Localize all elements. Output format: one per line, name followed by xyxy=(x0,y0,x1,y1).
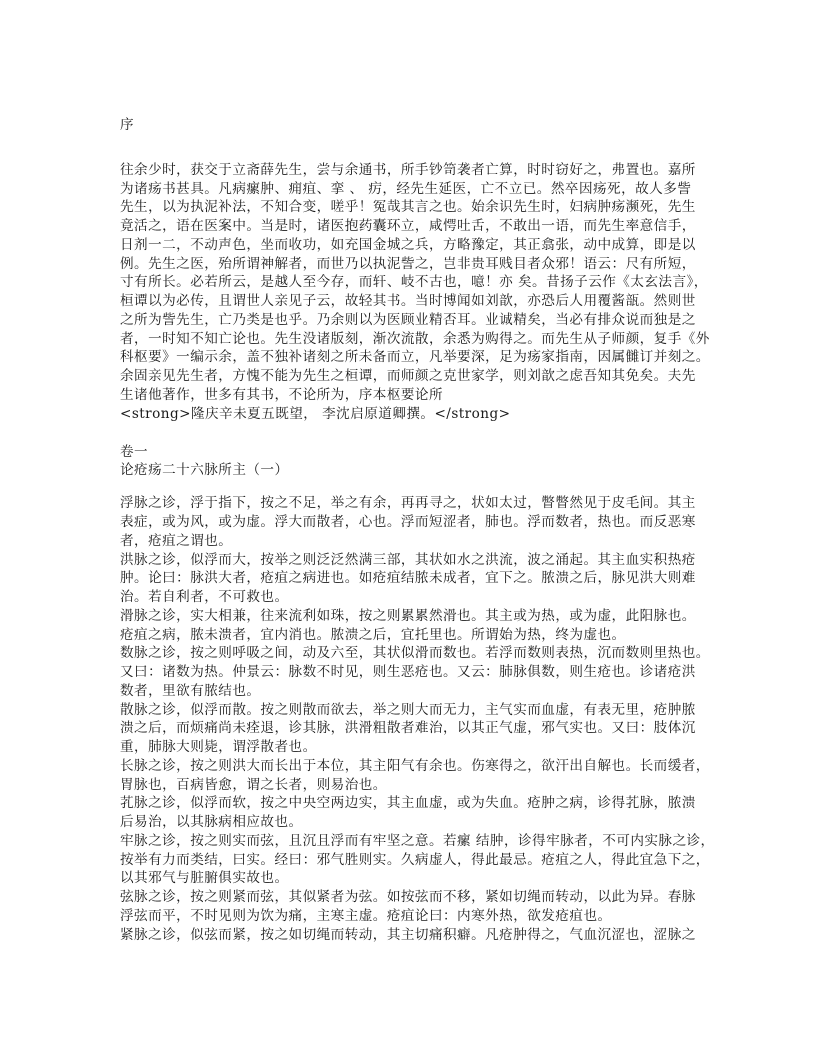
preface-line: 者，一时知不知亡论也。先生没诸版刻，渐次流散，余悉为购得之。而先生从子师颜，复手… xyxy=(120,330,710,348)
preface-line: 例。先生之医，殆所谓神解者，而世乃以执泥訾之，岂非贵耳贱目者众邪！语云：尺有所短… xyxy=(120,255,696,273)
body-line: 数脉之诊，按之则呼吸之间，动及六至，其状似滑而数也。若浮而数则表热，沉而数则里热… xyxy=(120,644,710,662)
body-line: 数者，里欲有脓结也。 xyxy=(120,682,260,700)
body-line: 后易治，以其脉病相应故也。 xyxy=(120,813,303,831)
body-line: 牢脉之诊，按之则实而弦，且沉且浮而有牢坚之意。若瘰 结肿，诊得牢脉者，不可内实脉… xyxy=(120,832,715,850)
preface-title: 序 xyxy=(120,116,134,134)
preface-line: 日剂一二，不动声色，坐而收功，如充国金城之兵，方略豫定，其正翕张，动中成算，即是… xyxy=(120,236,696,254)
preface-line: 科枢要》一编示余，盖不独补诸刻之所未备而立，凡举要深，足为疡家指南，因属雠订并刻… xyxy=(120,348,710,366)
body-line: 溃之后，而烦痛尚未痊退，诊其脉，洪滑粗散者难治，以其正气虚，邪气实也。又曰：肢体… xyxy=(120,719,696,737)
preface-line: 桓谭以为必传，且谓世人亲见子云，故轻其书。当时博闻如刘歆，亦恐后人用覆酱瓿。然则… xyxy=(120,292,696,310)
body-line: 重，肺脉大则毙，谓浮散者也。 xyxy=(120,738,317,756)
volume-title: 卷一 xyxy=(120,443,148,461)
section-title: 论疮疡二十六脉所主（一） xyxy=(120,461,289,479)
body-line: 芤脉之诊，似浮而软，按之中央空两边实，其主血虚，或为失血。疮肿之病，诊得芤脉，脓… xyxy=(120,794,696,812)
body-line: 浮弦而平，不时见则为饮为痛，主寒主虚。疮疽论曰：内寒外热，欲发疮疽也。 xyxy=(120,907,612,925)
body-line: 以其邪气与脏腑俱实故也。 xyxy=(120,869,289,887)
preface-line: 往余少时，获交于立斋薛先生，尝与余通书，所手钞笥袭者亡算，时时窃好之，弗置也。嘉… xyxy=(120,161,696,179)
body-line: 弦脉之诊，按之则紧而弦，其似紧者为弦。如按弦而不移，紧如切绳而转动，以此为异。春… xyxy=(120,888,696,906)
body-line: 肿。论曰：脉洪大者，疮疽之病进也。如疮疽结脓未成者，宜下之。脓溃之后，脉见洪大则… xyxy=(120,569,696,587)
body-line: 浮脉之诊，浮于指下，按之不足，举之有余，再再寻之，状如太过，瞥瞥然见于皮毛间。其… xyxy=(120,494,696,512)
body-line: 洪脉之诊，似浮而大，按举之则泛泛然满三部，其状如水之洪流，波之涌起。其主血实积热… xyxy=(120,551,696,569)
body-line: 按举有力而类结，曰实。经曰：邪气胜则实。久病虚人，得此最忌。疮疽之人，得此宜急下… xyxy=(120,851,710,869)
body-line: 又曰：诸数为热。仲景云：脉数不时见，则生恶疮也。又云：肺脉俱数，则生疮也。诊诸疮… xyxy=(120,663,696,681)
body-line: 治。若自利者，不可救也。 xyxy=(120,588,289,606)
body-line: 紧脉之诊，似弦而紧，按之如切绳而转动，其主切痛积癖。凡疮肿得之，气血沉涩也，涩脉… xyxy=(120,926,696,944)
preface-line: 为诸疡书甚具。凡病瘰肿、痈疽、挛 、 疠，经先生延医，亡不立已。然卒因疡死，故人… xyxy=(120,180,691,198)
body-line: 散脉之诊，似浮而散。按之则散而欲去，举之则大而无力，主气实而血虚，有表无里，疮肿… xyxy=(120,701,696,719)
preface-line: 竟活之，语在医案中。当是时，诸医抱药囊环立，咸愕吐舌，不敢出一语，而先生率意信手… xyxy=(120,217,696,235)
preface-line: 之所为訾先生，亡乃类是也乎。乃余则以为医顾业精否耳。业诚精矣，当必有排众说而独是… xyxy=(120,311,696,329)
body-line: 疮疽之病，脓未溃者，宜内消也。脓溃之后，宜托里也。所谓始为热，终为虚也。 xyxy=(120,626,626,644)
body-line: 表症，或为风，或为虚。浮大而散者，心也。浮而短涩者，肺也。浮而数者，热也。而反恶… xyxy=(120,513,696,531)
preface-line: 先生，以为执泥补法，不知合变，嗟乎！冤哉其言之也。始余识先生时，妇病肿疡濒死，先… xyxy=(120,198,696,216)
body-line: 者，疮疽之谓也。 xyxy=(120,532,232,550)
preface-signature: <strong>隆庆辛未夏五既望， 李沈启原道卿撰。</strong> xyxy=(120,405,510,423)
body-line: 胃脉也，百病皆愈，谓之长者，则易治也。 xyxy=(120,776,387,794)
body-line: 长脉之诊，按之则洪大而长出于本位，其主阳气有余也。伤寒得之，欲汗出自解也。长而缓… xyxy=(120,757,710,775)
preface-line: 寸有所长。必若所云，是越人至今存，而轩、岐不古也，噫！亦 矣。昔扬子云作《太玄法… xyxy=(120,273,708,291)
preface-line: 生诸他著作，世多有其书，不论所为，序本枢要论所 xyxy=(120,386,443,404)
body-line: 滑脉之诊，实大相兼，往来流利如珠，按之则累累然滑也。其主或为热，或为虚，此阳脉也… xyxy=(120,607,696,625)
preface-line: 余固亲见先生者，方愧不能为先生之桓谭，而师颜之克世家学，则刘歆之虑吾知其免矣。夫… xyxy=(120,367,696,385)
